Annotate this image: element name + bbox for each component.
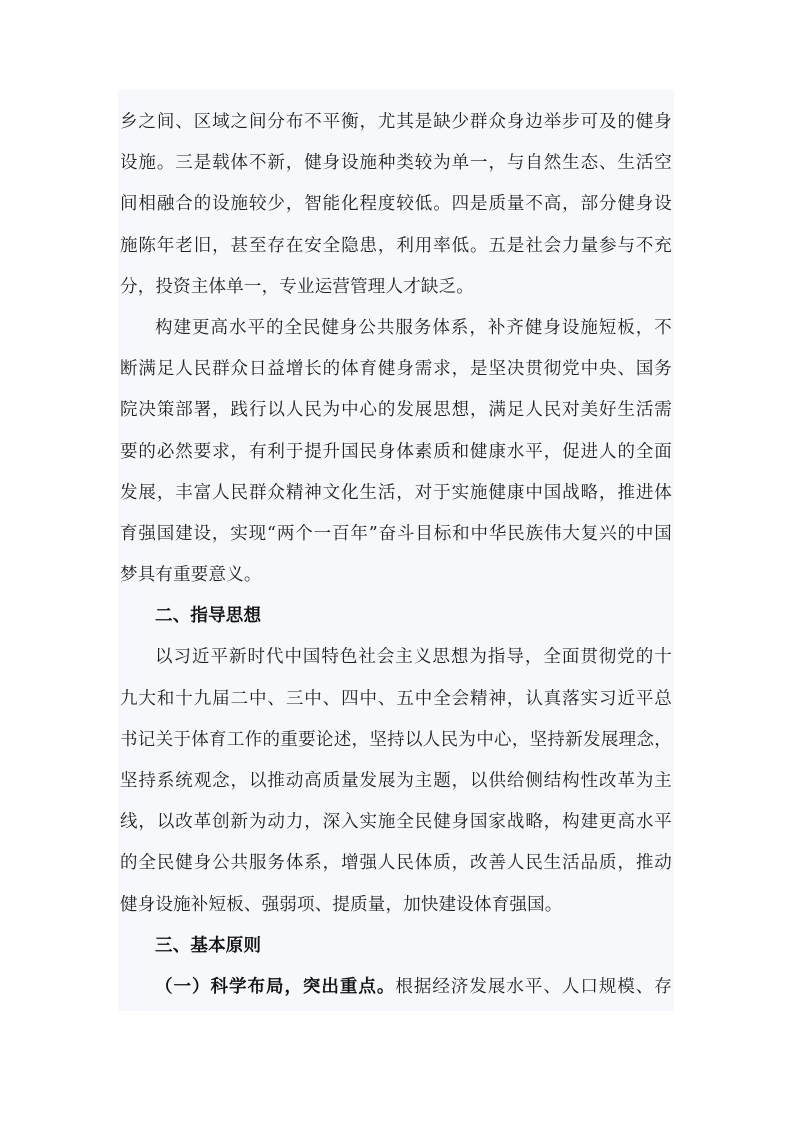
section-heading: 二、指导思想 (120, 596, 672, 637)
text-line: （一）科学布局，突出重点。根据经济发展水平、人口规模、存 (120, 967, 672, 1008)
text-line: 的全民健身公共服务体系，增强人民体质，改善人民生活品质，推动 (120, 843, 672, 884)
document-page: 乡之间、区域之间分布不平衡，尤其是缺少群众身边举步可及的健身 设施。三是载体不新… (0, 0, 793, 1122)
text-line: 院决策部署，践行以人民为中心的发展思想，满足人民对美好生活需 (120, 390, 672, 431)
text-line: 九大和十九届二中、三中、四中、五中全会精神，认真落实习近平总 (120, 679, 672, 720)
text-line: 乡之间、区域之间分布不平衡，尤其是缺少群众身边举步可及的健身 (120, 102, 672, 143)
text-line: 构建更高水平的全民健身公共服务体系，补齐健身设施短板，不 (120, 308, 672, 349)
text-line: 要的必然要求，有利于提升国民身体素质和健康水平，促进人的全面 (120, 432, 672, 473)
text-line: 育强国建设，实现“两个一百年”奋斗目标和中华民族伟大复兴的中国 (120, 514, 672, 555)
principle-title: （一）科学布局，突出重点。 (155, 977, 395, 997)
page-text-area: 乡之间、区域之间分布不平衡，尤其是缺少群众身边举步可及的健身 设施。三是载体不新… (118, 90, 674, 1011)
text-line: 分，投资主体单一，专业运营管理人才缺乏。 (120, 267, 672, 308)
text-line: 健身设施补短板、强弱项、提质量，加快建设体育强国。 (120, 885, 672, 926)
text-line: 梦具有重要意义。 (120, 555, 672, 596)
text-line: 书记关于体育工作的重要论述，坚持以人民为中心，坚持新发展理念， (120, 720, 672, 761)
text-line: 坚持系统观念，以推动高质量发展为主题，以供给侧结构性改革为主 (120, 761, 672, 802)
text-line: 发展，丰富人民群众精神文化生活，对于实施健康中国战略，推进体 (120, 473, 672, 514)
text-line: 以习近平新时代中国特色社会主义思想为指导，全面贯彻党的十 (120, 637, 672, 678)
text-line: 施陈年老旧，甚至存在安全隐患，利用率低。五是社会力量参与不充 (120, 226, 672, 267)
text-line: 断满足人民群众日益增长的体育健身需求，是坚决贯彻党中央、国务 (120, 349, 672, 390)
section-heading: 三、基本原则 (120, 926, 672, 967)
text-line: 间相融合的设施较少，智能化程度较低。四是质量不高，部分健身设 (120, 184, 672, 225)
text-line: 设施。三是载体不新，健身设施种类较为单一，与自然生态、生活空 (120, 143, 672, 184)
text-line: 线，以改革创新为动力，深入实施全民健身国家战略，构建更高水平 (120, 802, 672, 843)
principle-body-start: 根据经济发展水平、人口规模、存 (395, 977, 672, 997)
